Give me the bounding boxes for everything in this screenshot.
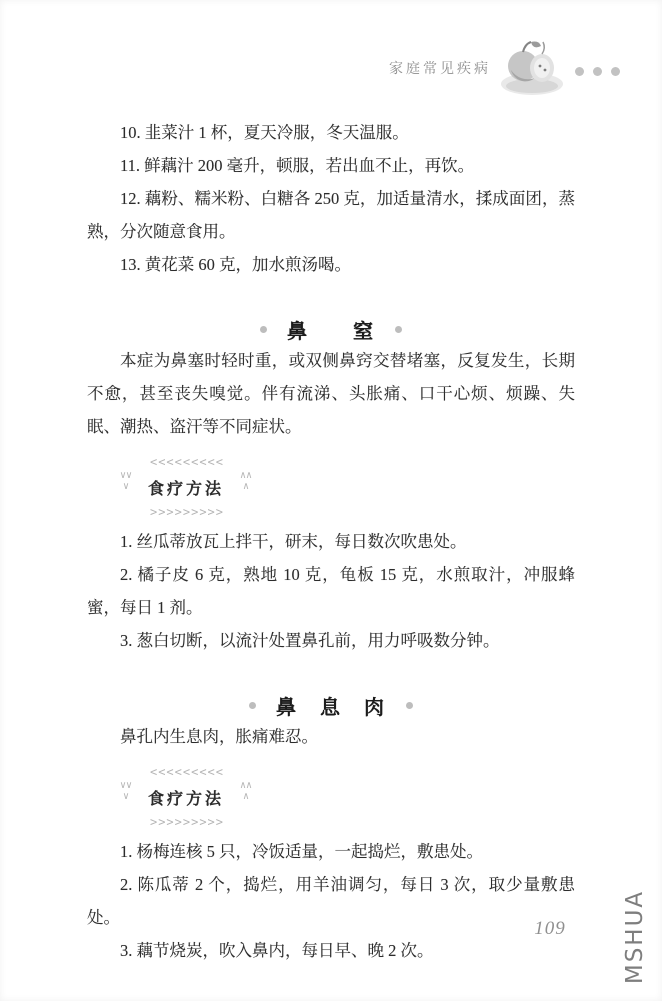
diet-therapy-badge: <<<<<<<<< >>>>>>>>> ∨∨∨ ∧∧∧ 食疗方法: [123, 461, 249, 513]
heading-dot-icon: [260, 326, 267, 333]
section-intro: 鼻孔内生息肉，胀痛难忍。: [87, 720, 575, 753]
dot-icon: [593, 67, 602, 76]
chevron-border-bottom-icon: >>>>>>>>>: [131, 815, 243, 829]
chevron-border-top-icon: <<<<<<<<<: [131, 765, 243, 779]
apple-plate-illustration: [497, 38, 567, 98]
section-intro: 本症为鼻塞时轻时重，或双侧鼻窍交替堵塞，反复发生，长期不愈，甚至丧失嗅觉。伴有流…: [87, 344, 575, 443]
remedy-item-11: 11. 鲜藕汁 200 毫升，顿服，若出血不止，再饮。: [87, 149, 575, 182]
chevron-border-right-icon: ∧∧∧: [239, 470, 253, 492]
page-content: 10. 韭菜汁 1 杯，夏天冷服，冬天温服。 11. 鲜藕汁 200 毫升，顿服…: [87, 116, 575, 967]
page-header: 家庭常见疾病: [389, 38, 620, 98]
section-heading-bizhi: 鼻 窒: [87, 315, 575, 344]
watermark: MSHUA: [612, 873, 658, 1001]
watermark-text: MSHUA: [622, 890, 648, 984]
page-number: 109: [518, 918, 582, 940]
chevron-border-left-icon: ∨∨∨: [119, 470, 133, 492]
therapy-item: 2. 橘子皮 6 克，熟地 10 克，龟板 15 克，水煎取汁，冲服蜂蜜，每日 …: [87, 558, 575, 624]
therapy-item: 3. 藕节烧炭，吹入鼻内，每日早、晚 2 次。: [87, 934, 575, 967]
heading-dot-icon: [395, 326, 402, 333]
book-page: 家庭常见疾病 10. 韭菜汁 1 杯，夏天冷服，冬天温服。 11. 鲜藕汁 20…: [0, 0, 662, 1001]
header-dots: [575, 67, 620, 76]
dot-icon: [575, 67, 584, 76]
chevron-border-right-icon: ∧∧∧: [239, 780, 253, 802]
running-head-title: 家庭常见疾病: [389, 58, 491, 78]
diet-therapy-badge: <<<<<<<<< >>>>>>>>> ∨∨∨ ∧∧∧ 食疗方法: [123, 771, 249, 823]
remedy-item-13: 13. 黄花菜 60 克，加水煎汤喝。: [87, 248, 575, 281]
heading-dot-icon: [249, 702, 256, 709]
section-title: 鼻 息 肉: [276, 691, 386, 720]
chevron-border-bottom-icon: >>>>>>>>>: [131, 505, 243, 519]
remedy-item-12: 12. 藕粉、糯米粉、白糖各 250 克，加适量清水，揉成面团，蒸熟，分次随意食…: [87, 182, 575, 248]
therapy-item: 2. 陈瓜蒂 2 个，捣烂，用羊油调匀，每日 3 次，取少量敷患处。: [87, 868, 575, 934]
therapy-item: 3. 葱白切断，以流汁处置鼻孔前，用力呼吸数分钟。: [87, 624, 575, 657]
chevron-border-left-icon: ∨∨∨: [119, 780, 133, 802]
therapy-item: 1. 杨梅连核 5 只，冷饭适量，一起捣烂，敷患处。: [87, 835, 575, 868]
diet-therapy-label: 食疗方法: [148, 786, 224, 809]
chevron-border-top-icon: <<<<<<<<<: [131, 455, 243, 469]
dot-icon: [611, 67, 620, 76]
remedy-item-10: 10. 韭菜汁 1 杯，夏天冷服，冬天温服。: [87, 116, 575, 149]
heading-dot-icon: [406, 702, 413, 709]
diet-therapy-label: 食疗方法: [148, 476, 224, 499]
therapy-item: 1. 丝瓜蒂放瓦上拌干，研末，每日数次吹患处。: [87, 525, 575, 558]
section-title: 鼻 窒: [287, 315, 375, 344]
section-heading-bixirou: 鼻 息 肉: [87, 691, 575, 720]
